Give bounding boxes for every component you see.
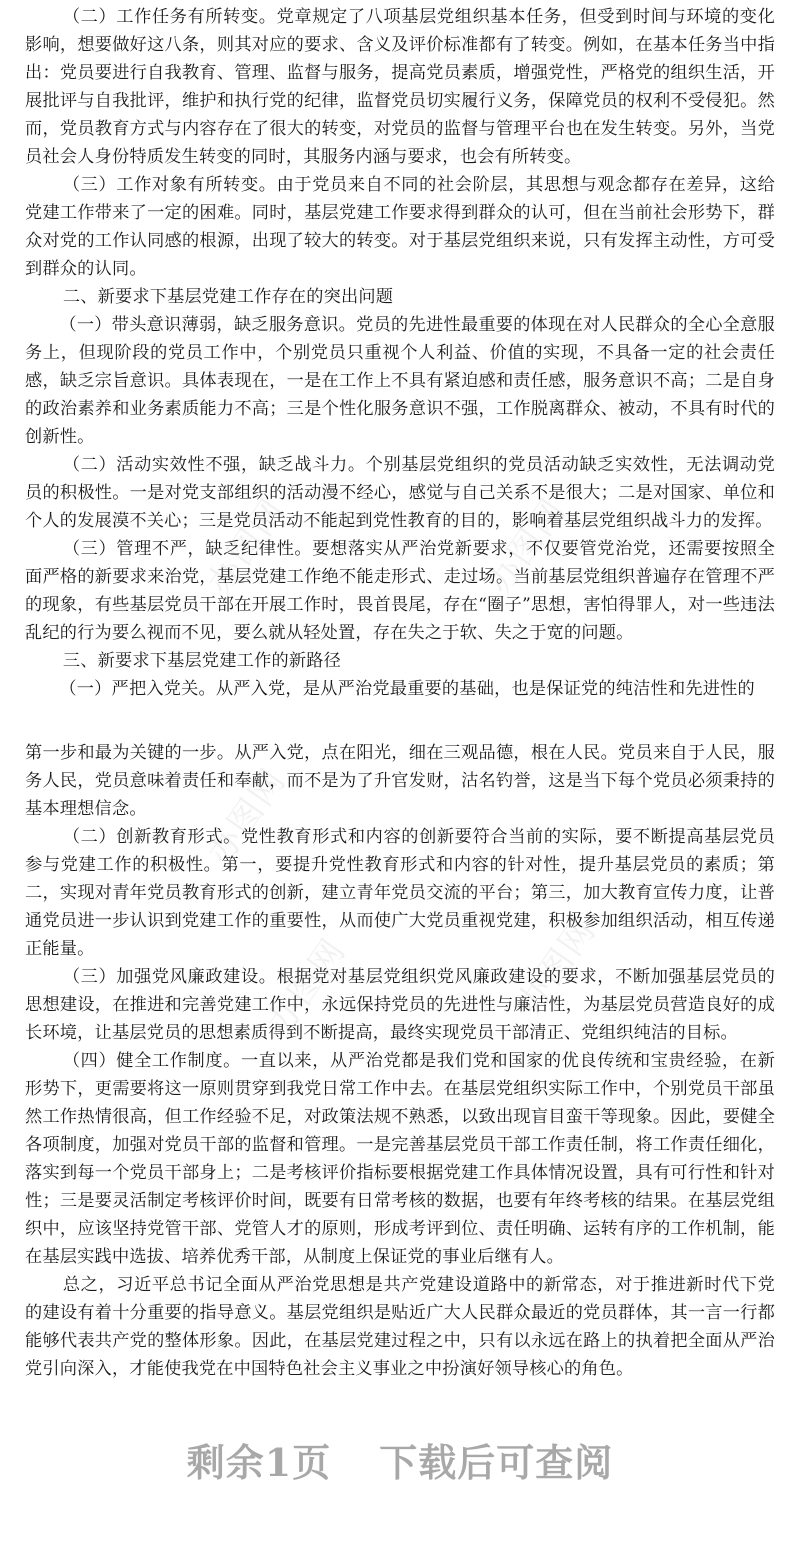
paragraph: （二）工作任务有所转变。党章规定了八项基层党组织基本任务，但受到时间与环境的变化… (25, 3, 775, 171)
paragraph: （一）带头意识薄弱，缺乏服务意识。党员的先进性最重要的体现在对人民群众的全心全意… (25, 311, 775, 451)
section-heading: 二、新要求下基层党建工作存在的突出问题 (25, 283, 775, 311)
paragraph: （三）加强党风廉政建设。根据党对基层党组织党风廉政建设的要求，不断加强基层党员的… (25, 963, 775, 1047)
paragraph-continued: 第一步和最为关键的一步。从严入党，点在阳光，细在三观品德，根在人民。党员来自于人… (25, 739, 775, 823)
paragraph: 总之，习近平总书记全面从严治党思想是共产党建设道路中的新常态，对于推进新时代下党… (25, 1271, 775, 1383)
paragraph: （三）管理不严，缺乏纪律性。要想落实从严治党新要求，不仅要管党治党，还需要按照全… (25, 535, 775, 647)
section-heading: 三、新要求下基层党建工作的新路径 (25, 647, 775, 675)
paragraph: （三）工作对象有所转变。由于党员来自不同的社会阶层，其思想与观念都存在差异，这给… (25, 171, 775, 283)
download-to-view-banner[interactable]: 剩余1页下载后可查阅 (0, 1432, 800, 1487)
document-page-1: （二）工作任务有所转变。党章规定了八项基层党组织基本任务，但受到时间与环境的变化… (25, 3, 775, 703)
paragraph: （二）活动实效性不强，缺乏战斗力。个别基层党组织的党员活动缺乏实效性，无法调动党… (25, 451, 775, 535)
paragraph: （四）健全工作制度。一直以来，从严治党都是我们党和国家的优良传统和宝贵经验，在新… (25, 1047, 775, 1271)
paragraph: （二）创新教育形式。党性教育形式和内容的创新要符合当前的实际，要不断提高基层党员… (25, 823, 775, 963)
document-page-2: 第一步和最为关键的一步。从严入党，点在阳光，细在三观品德，根在人民。党员来自于人… (25, 739, 775, 1383)
paragraph: （一）严把入党关。从严入党，是从严治党最重要的基础，也是保证党的纯洁性和先进性的 (25, 675, 775, 703)
remaining-pages-label: 剩余1页 (187, 1440, 331, 1485)
download-prompt-label[interactable]: 下载后可查阅 (379, 1440, 613, 1485)
